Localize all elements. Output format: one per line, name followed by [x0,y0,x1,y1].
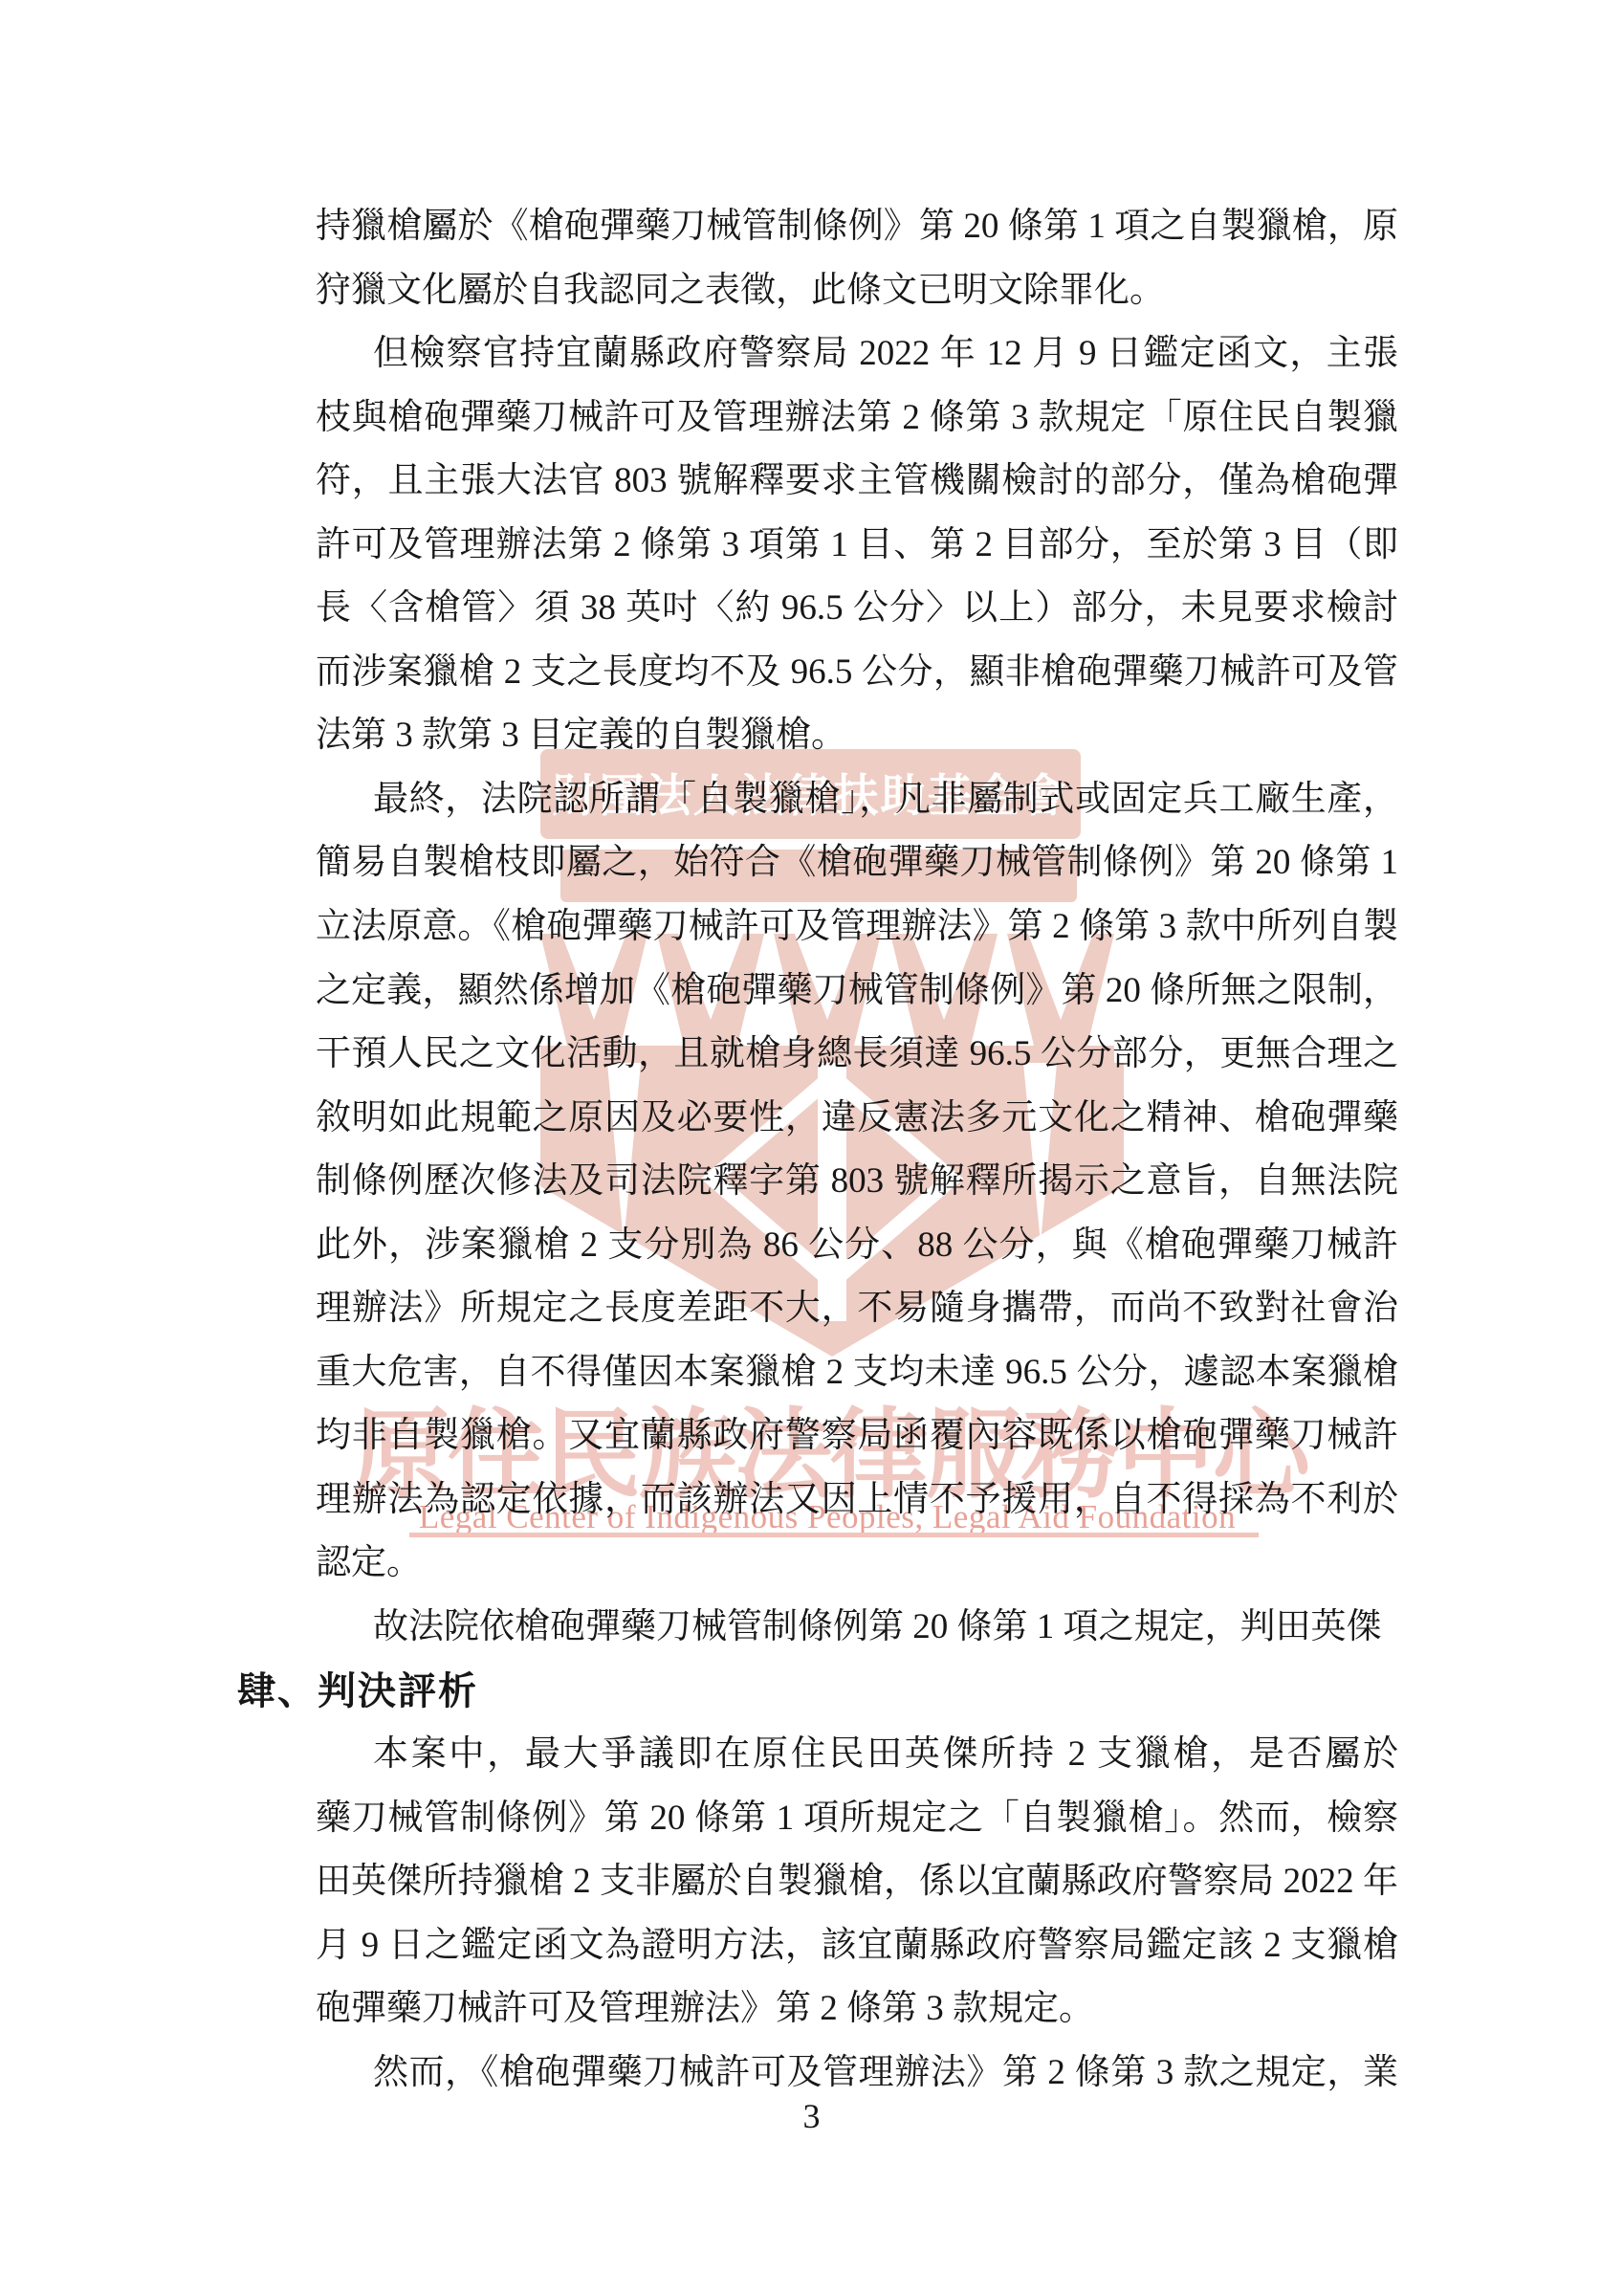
text-line: 立法原意。《槍砲彈藥刀械許可及管理辦法》第 2 條第 3 款中所列自製獵槍 [316,895,1398,960]
text-line: 而涉案獵槍 2 支之長度均不及 96.5 公分，顯非槍砲彈藥刀械許可及管理辦 [316,641,1398,705]
text-line: 月 9 日之鑑定函文為證明方法，該宜蘭縣政府警察局鑑定該 2 支獵槍不符《槍 [316,1914,1398,1978]
text-line: 認定。 [316,1532,1398,1596]
text-line: 均非自製獵槍。又宜蘭縣政府警察局函覆內容既係以槍砲彈藥刀械許可及管 [316,1404,1398,1468]
page-number: 3 [0,2096,1623,2136]
text-line: 長〈含槍管〉須 38 英吋〈約 96.5 公分〉以上）部分，未見要求檢討修正， [316,577,1398,641]
text-line: 砲彈藥刀械許可及管理辦法》第 2 條第 3 款規定。 [316,1977,1398,2042]
text-line: 法第 3 款第 3 目定義的自製獵槍。 [316,704,1398,768]
text-line: 簡易自製槍枝即屬之，始符合《槍砲彈藥刀械管制條例》第 20 條第 1 項之 [316,831,1398,895]
text-line: 重大危害，自不得僅因本案獵槍 2 支均未達 96.5 公分，遽認本案獵槍 2 支 [316,1341,1398,1405]
text-line: 狩獵文化屬於自我認同之表徵，此條文已明文除罪化。 [316,259,1398,323]
text-line: 理辦法》所規定之長度差距不大，不易隨身攜帶，而尚不致對社會治安造成 [316,1277,1398,1341]
text-line: 理辦法為認定依據，而該辦法又因上情不予援用，自不得採為不利於被告之 [316,1468,1398,1533]
section-heading: 肆、判決評析 [237,1660,1398,1724]
text-line: 制條例歷次修法及司法院釋字第 803 號解釋所揭示之意旨，自無法院之效力。 [316,1150,1398,1214]
document-page: 財團法人法律扶助基金會 原住民族法律服務中心 Legal Center of I… [0,0,1623,2296]
text-line: 枝與槍砲彈藥刀械許可及管理辦法第 2 條第 3 款規定「原住民自製獵槍」不 [316,386,1398,451]
text-line: 許可及管理辦法第 2 條第 3 項第 1 目、第 2 目部分，至於第 3 目（即… [316,514,1398,578]
text-line: 敘明如此規範之原因及必要性，違反憲法多元文化之精神、槍砲彈藥刀械管 [316,1087,1398,1151]
text-line: 故法院依槍砲彈藥刀械管制條例第 20 條第 1 項之規定，判田英傑無罪。 [316,1596,1398,1660]
text-line: 之定義，顯然係增加《槍砲彈藥刀械管制條例》第 20 條所無之限制，不當 [316,960,1398,1024]
text-line: 此外，涉案獵槍 2 支分別為 86 公分、88 公分，與《槍砲彈藥刀械許可及管 [316,1214,1398,1278]
text-line: 田英傑所持獵槍 2 支非屬於自製獵槍，係以宜蘭縣政府警察局 2022 年 12 [316,1850,1398,1914]
text-line: 藥刀械管制條例》第 20 條第 1 項所規定之「自製獵槍」。然而，檢察官舉證 [316,1787,1398,1851]
text-line: 最終，法院認所謂「自製獵槍」，凡非屬制式或固定兵工廠生產，而為 [316,768,1398,832]
text-line: 持獵槍屬於《槍砲彈藥刀械管制條例》第 20 條第 1 項之自製獵槍，原住民 [316,195,1398,259]
text-line: 但檢察官持宜蘭縣政府警察局 2022 年 12 月 9 日鑑定函文，主張涉案槍 [316,322,1398,386]
text-lines: 持獵槍屬於《槍砲彈藥刀械管制條例》第 20 條第 1 項之自製獵槍，原住民狩獵文… [316,195,1398,2105]
text-line: 干預人民之文化活動，且就槍身總長須達 96.5 公分部分，更無合理之理由 [316,1023,1398,1087]
text-line: 符，且主張大法官 803 號解釋要求主管機關檢討的部分，僅為槍砲彈藥刀械 [316,450,1398,514]
text-line: 本案中，最大爭議即在原住民田英傑所持 2 支獵槍，是否屬於《槍砲彈 [316,1723,1398,1787]
